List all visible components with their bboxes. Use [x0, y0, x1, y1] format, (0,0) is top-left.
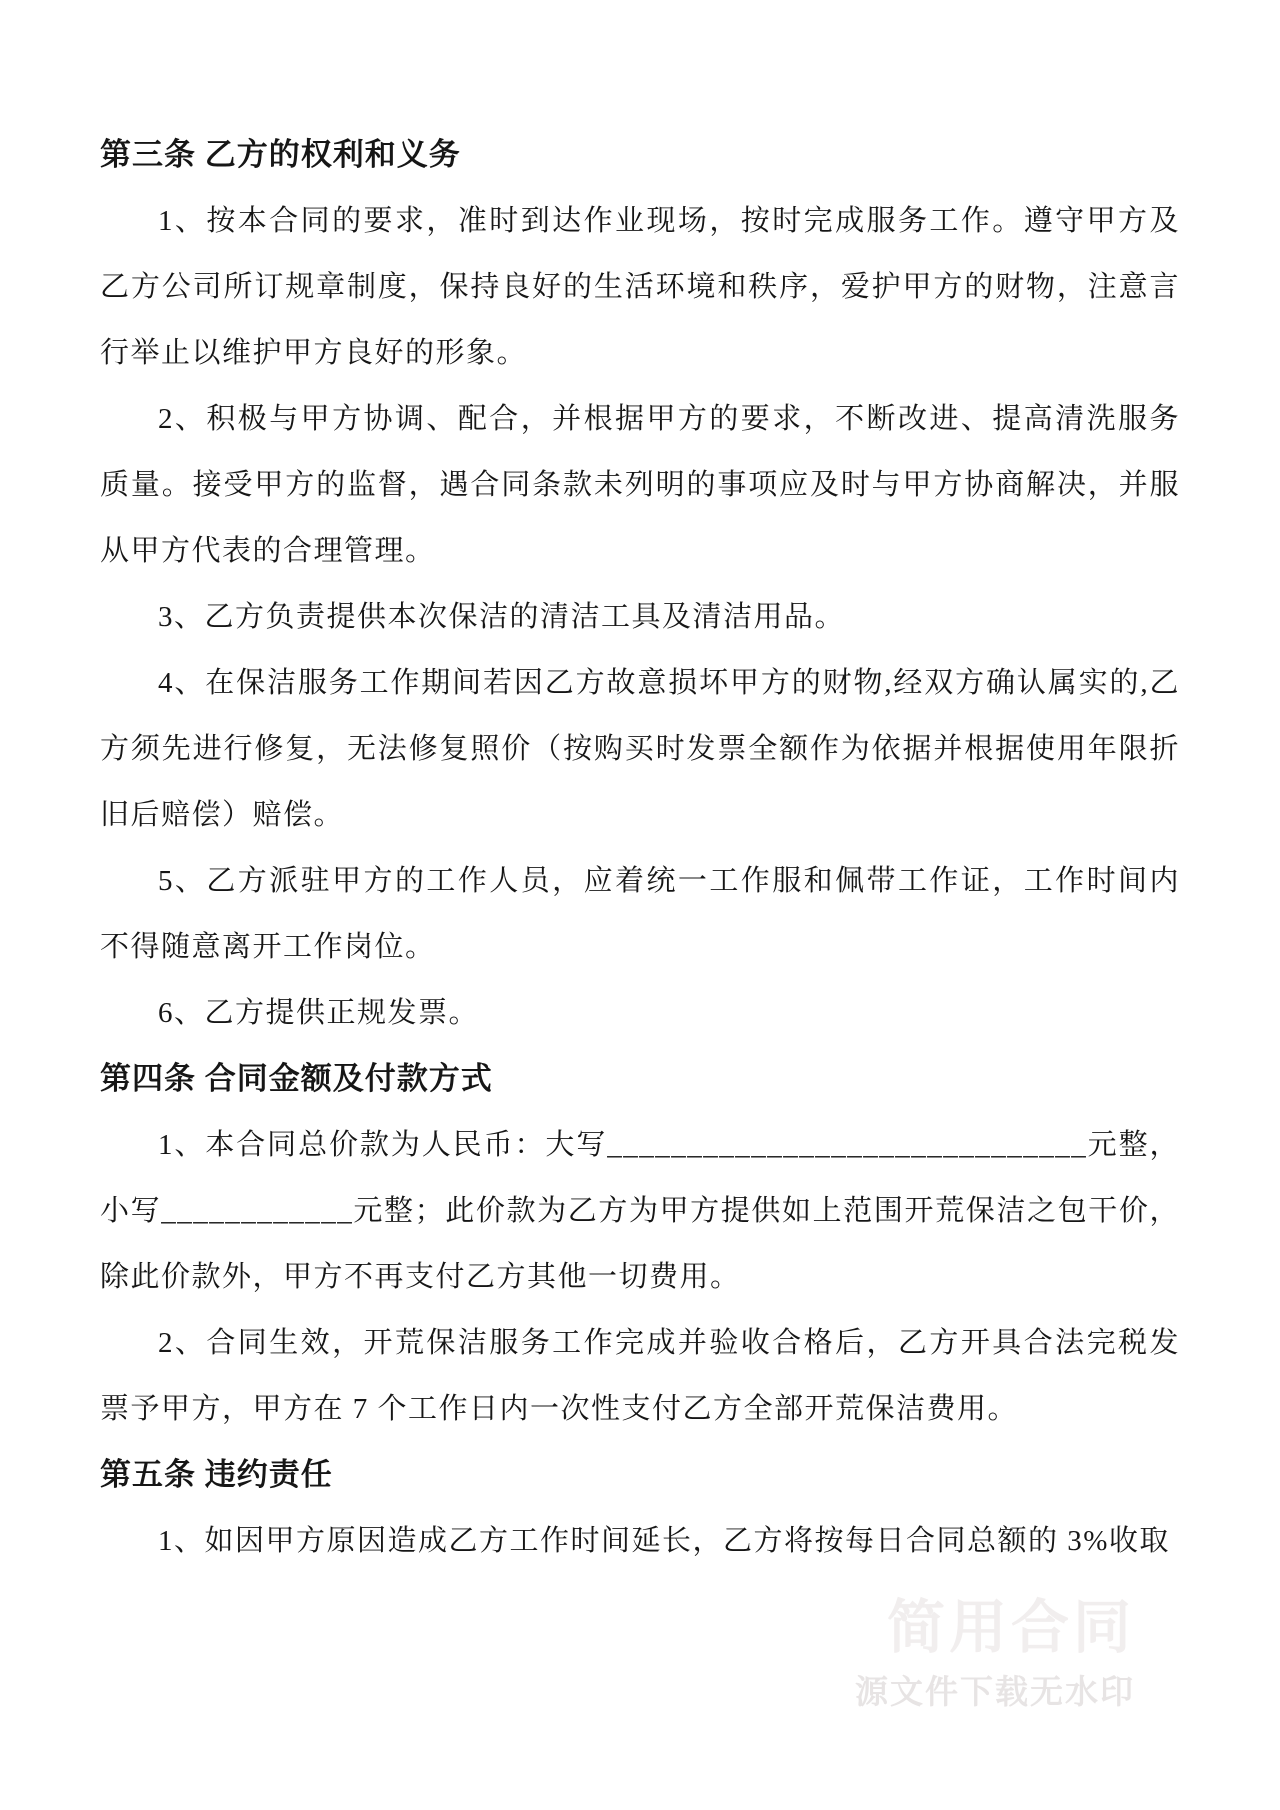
watermark: 简用合同 源文件下载无水印	[855, 1596, 1135, 1710]
contract-paragraph: 5、乙方派驻甲方的工作人员，应着统一工作服和佩带工作证，工作时间内不得随意离开工…	[100, 848, 1180, 980]
section-heading-article-4: 第四条 合同金额及付款方式	[100, 1046, 1180, 1112]
section-heading-article-5: 第五条 违约责任	[100, 1442, 1180, 1508]
contract-paragraph: 1、本合同总价款为人民币：大写_________________________…	[100, 1112, 1180, 1310]
section-heading-article-3: 第三条 乙方的权利和义务	[100, 122, 1180, 188]
contract-paragraph: 3、乙方负责提供本次保洁的清洁工具及清洁用品。	[100, 584, 1180, 650]
watermark-subtitle-text: 源文件下载无水印	[855, 1674, 1135, 1710]
contract-paragraph: 1、按本合同的要求，准时到达作业现场，按时完成服务工作。遵守甲方及乙方公司所订规…	[100, 188, 1180, 386]
contract-paragraph: 4、在保洁服务工作期间若因乙方故意损坏甲方的财物,经双方确认属实的,乙方须先进行…	[100, 650, 1180, 848]
contract-paragraph: 2、合同生效，开荒保洁服务工作完成并验收合格后，乙方开具合法完税发票予甲方，甲方…	[100, 1310, 1180, 1442]
watermark-brand-text: 简用合同	[855, 1596, 1135, 1660]
contract-body: 第三条 乙方的权利和义务 1、按本合同的要求，准时到达作业现场，按时完成服务工作…	[100, 122, 1180, 1574]
contract-paragraph: 1、如因甲方原因造成乙方工作时间延长，乙方将按每日合同总额的 3%收取	[100, 1508, 1180, 1574]
contract-page: 第三条 乙方的权利和义务 1、按本合同的要求，准时到达作业现场，按时完成服务工作…	[0, 0, 1280, 1810]
contract-paragraph: 6、乙方提供正规发票。	[100, 980, 1180, 1046]
contract-paragraph: 2、积极与甲方协调、配合，并根据甲方的要求，不断改进、提高清洗服务质量。接受甲方…	[100, 386, 1180, 584]
